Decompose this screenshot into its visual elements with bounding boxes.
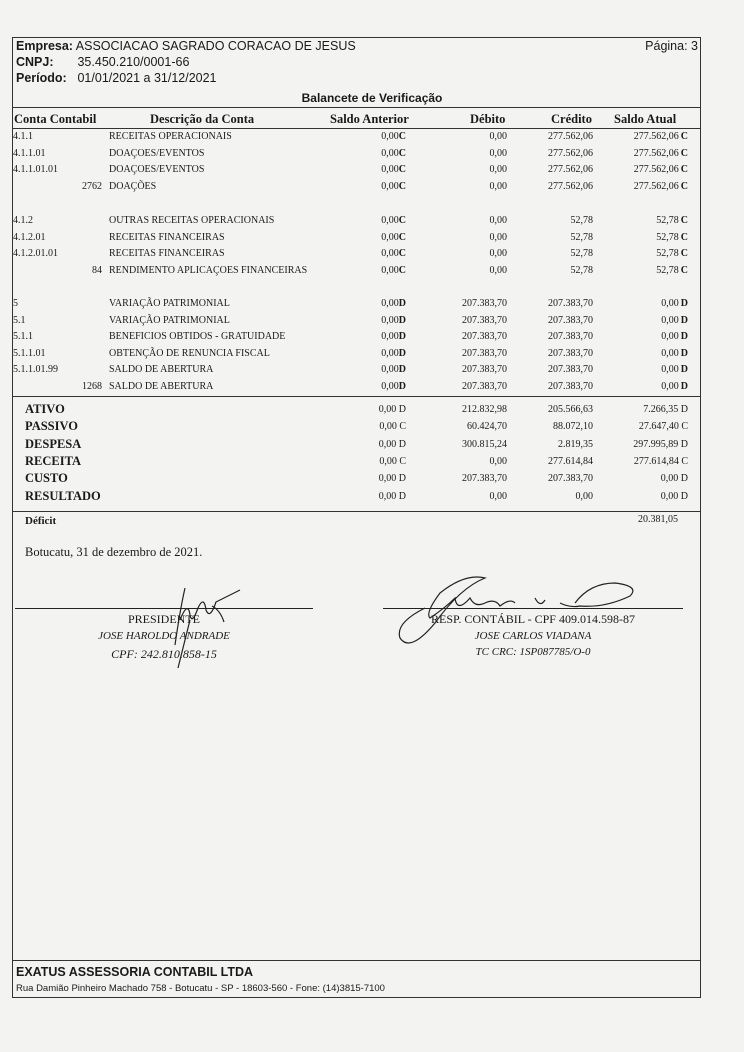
- table-row: 5.1.1BENEFICIOS OBTIDOS - GRATUIDADE207.…: [0, 331, 744, 347]
- saldo-anterior-amount: 0,00: [381, 215, 399, 226]
- cnpj-value: 35.450.210/0001-66: [77, 55, 189, 69]
- credito-value: 277.562,06: [548, 164, 593, 175]
- saldo-atual-dc: D: [681, 331, 688, 342]
- saldo-atual-value: 277.562,06C: [634, 148, 688, 159]
- credito-value: 207.383,70: [548, 381, 593, 392]
- saldo-anterior-value: 0,00C: [381, 248, 406, 259]
- reduced-code: 2762: [12, 181, 102, 192]
- saldo-atual-value: 0,00D: [661, 348, 688, 359]
- account-code: 5.1.1: [13, 331, 33, 342]
- saldo-atual-amount: 52,78: [656, 265, 679, 276]
- saldo-atual-value: 52,78C: [656, 248, 688, 259]
- saldo-anterior-dc: D: [399, 364, 406, 375]
- summary-saldo-atual: 27.647,40 C: [639, 421, 688, 432]
- footer-company: EXATUS ASSESSORIA CONTABIL LTDA: [16, 965, 253, 979]
- saldo-atual-dc: D: [681, 298, 688, 309]
- saldo-atual-amount: 52,78: [656, 232, 679, 243]
- summary-saldo-anterior: 0,00 C: [379, 421, 406, 432]
- saldo-anterior-amount: 0,00: [381, 248, 399, 259]
- table-row: 4.1.2.01RECEITAS FINANCEIRAS0,0052,780,0…: [0, 232, 744, 248]
- summary-label: ATIVO: [25, 402, 65, 417]
- summary-label: CUSTO: [25, 471, 68, 486]
- table-row: 4.1.2OUTRAS RECEITAS OPERACIONAIS0,0052,…: [0, 215, 744, 231]
- credito-value: 207.383,70: [548, 298, 593, 309]
- col-conta: Conta Contabil: [14, 112, 96, 127]
- saldo-atual-dc: C: [681, 148, 688, 159]
- pagina-label: Página:: [645, 39, 687, 53]
- saldo-anterior-amount: 0,00: [381, 265, 399, 276]
- saldo-anterior-dc: C: [399, 248, 406, 259]
- table-row: 5.1.1.01OBTENÇÃO DE RENUNCIA FISCAL207.3…: [0, 348, 744, 364]
- account-description: SALDO DE ABERTURA: [109, 381, 213, 392]
- debito-value: 0,00: [490, 265, 508, 276]
- city-date: Botucatu, 31 de dezembro de 2021.: [25, 545, 202, 560]
- reduced-code: 1268: [12, 381, 102, 392]
- saldo-anterior-amount: 0,00: [381, 148, 399, 159]
- account-code: 4.1.1.01: [13, 148, 46, 159]
- saldo-atual-value: 0,00D: [661, 315, 688, 326]
- table-row: 4.1.1.01DOAÇOES/EVENTOS0,00277.562,060,0…: [0, 148, 744, 164]
- debito-value: 207.383,70: [462, 348, 507, 359]
- account-description: DOAÇOES/EVENTOS: [109, 164, 204, 175]
- saldo-anterior-value: 0,00D: [381, 364, 406, 375]
- periodo-label: Período:: [16, 71, 74, 85]
- credito-value: 52,78: [571, 265, 594, 276]
- saldo-anterior-value: 0,00D: [381, 298, 406, 309]
- account-code: 4.1.1.01.01: [13, 164, 58, 175]
- account-description: RECEITAS FINANCEIRAS: [109, 248, 225, 259]
- summary-saldo-anterior: 0,00 D: [379, 491, 406, 502]
- credito-value: 207.383,70: [548, 331, 593, 342]
- summary-row: DESPESA0,00 D300.815,242.819,35297.995,8…: [0, 437, 744, 454]
- summary-row: CUSTO0,00 D207.383,70207.383,700,00 D: [0, 471, 744, 488]
- pagina-value: 3: [691, 39, 698, 53]
- summary-saldo-atual: 7.266,35 D: [643, 404, 688, 415]
- saldo-atual-dc: C: [681, 215, 688, 226]
- saldo-anterior-value: 0,00D: [381, 315, 406, 326]
- table-row: 5VARIAÇÃO PATRIMONIAL207.383,70207.383,7…: [0, 298, 744, 314]
- saldo-atual-value: 0,00D: [661, 381, 688, 392]
- account-description: RECEITAS FINANCEIRAS: [109, 232, 225, 243]
- saldo-anterior-dc: D: [399, 315, 406, 326]
- summary-label: PASSIVO: [25, 419, 78, 434]
- summary-credito: 207.383,70: [548, 473, 593, 484]
- summary-saldo-anterior: 0,00 C: [379, 456, 406, 467]
- debito-value: 0,00: [490, 164, 508, 175]
- saldo-atual-dc: D: [681, 315, 688, 326]
- summary-credito: 277.614,84: [548, 456, 593, 467]
- reduced-code: 84: [12, 265, 102, 276]
- col-descricao: Descrição da Conta: [150, 112, 254, 127]
- saldo-anterior-amount: 0,00: [381, 232, 399, 243]
- saldo-anterior-amount: 0,00: [381, 364, 399, 375]
- saldo-anterior-amount: 0,00: [381, 298, 399, 309]
- saldo-anterior-amount: 0,00: [381, 381, 399, 392]
- saldo-anterior-dc: C: [399, 181, 406, 192]
- debito-value: 207.383,70: [462, 381, 507, 392]
- periodo-value: 01/01/2021 a 31/12/2021: [77, 71, 216, 85]
- saldo-atual-amount: 0,00: [661, 315, 679, 326]
- summary-saldo-atual: 0,00 D: [661, 491, 688, 502]
- table-row: 4.1.1.01.01DOAÇOES/EVENTOS0,00277.562,06…: [0, 164, 744, 180]
- summary-credito: 2.819,35: [558, 439, 593, 450]
- summary-row: PASSIVO0,00 C60.424,7088.072,1027.647,40…: [0, 419, 744, 436]
- saldo-anterior-value: 0,00C: [381, 181, 406, 192]
- saldo-atual-amount: 52,78: [656, 215, 679, 226]
- col-debito: Débito: [470, 112, 505, 127]
- empresa-line: Empresa: ASSOCIACAO SAGRADO CORACAO DE J…: [16, 39, 356, 53]
- saldo-atual-value: 277.562,06C: [634, 131, 688, 142]
- credito-value: 277.562,06: [548, 148, 593, 159]
- debito-value: 0,00: [490, 131, 508, 142]
- summary-credito: 205.566,63: [548, 404, 593, 415]
- debito-value: 0,00: [490, 215, 508, 226]
- credito-value: 207.383,70: [548, 364, 593, 375]
- saldo-anterior-amount: 0,00: [381, 348, 399, 359]
- account-description: VARIAÇÃO PATRIMONIAL: [109, 298, 230, 309]
- credito-value: 52,78: [571, 248, 594, 259]
- col-credito: Crédito: [551, 112, 592, 127]
- saldo-anterior-amount: 0,00: [381, 181, 399, 192]
- saldo-anterior-amount: 0,00: [381, 131, 399, 142]
- account-code: 4.1.1: [13, 131, 33, 142]
- signature-scribble-right: [385, 568, 645, 648]
- table-row: 2762DOAÇÕES0,00277.562,060,00C277.562,06…: [0, 181, 744, 197]
- table-row: 4.1.1RECEITAS OPERACIONAIS0,00277.562,06…: [0, 131, 744, 147]
- saldo-anterior-dc: C: [399, 265, 406, 276]
- saldo-anterior-amount: 0,00: [381, 331, 399, 342]
- col-saldo-atual: Saldo Atual: [614, 112, 676, 127]
- account-description: VARIAÇÃO PATRIMONIAL: [109, 315, 230, 326]
- cnpj-label: CNPJ:: [16, 55, 74, 69]
- saldo-anterior-value: 0,00C: [381, 148, 406, 159]
- saldo-atual-amount: 277.562,06: [634, 164, 679, 175]
- saldo-anterior-dc: D: [399, 348, 406, 359]
- debito-value: 207.383,70: [462, 298, 507, 309]
- footer-divider: [12, 960, 701, 961]
- debito-value: 207.383,70: [462, 364, 507, 375]
- summary-debito: 207.383,70: [462, 473, 507, 484]
- empresa-value: ASSOCIACAO SAGRADO CORACAO DE JESUS: [76, 39, 356, 53]
- saldo-anterior-amount: 0,00: [381, 315, 399, 326]
- saldo-atual-dc: C: [681, 181, 688, 192]
- footer-address: Rua Damião Pinheiro Machado 758 - Botuca…: [16, 983, 385, 994]
- summary-saldo-atual: 0,00 D: [661, 473, 688, 484]
- saldo-anterior-value: 0,00D: [381, 348, 406, 359]
- summary-credito: 88.072,10: [553, 421, 593, 432]
- saldo-anterior-dc: C: [399, 164, 406, 175]
- account-description: SALDO DE ABERTURA: [109, 364, 213, 375]
- saldo-atual-value: 277.562,06C: [634, 181, 688, 192]
- balancete-page: Empresa: ASSOCIACAO SAGRADO CORACAO DE J…: [0, 0, 744, 1052]
- saldo-atual-dc: C: [681, 232, 688, 243]
- saldo-anterior-value: 0,00C: [381, 265, 406, 276]
- table-row: 84RENDIMENTO APLICAÇOES FINANCEIRAS0,005…: [0, 265, 744, 281]
- credito-value: 207.383,70: [548, 315, 593, 326]
- saldo-atual-amount: 0,00: [661, 331, 679, 342]
- summary-saldo-anterior: 0,00 D: [379, 404, 406, 415]
- saldo-anterior-dc: C: [399, 148, 406, 159]
- saldo-atual-dc: D: [681, 348, 688, 359]
- saldo-anterior-dc: C: [399, 131, 406, 142]
- saldo-atual-value: 52,78C: [656, 265, 688, 276]
- saldo-atual-amount: 277.562,06: [634, 181, 679, 192]
- saldo-anterior-dc: D: [399, 331, 406, 342]
- debito-value: 0,00: [490, 232, 508, 243]
- saldo-anterior-value: 0,00C: [381, 232, 406, 243]
- summary-credito: 0,00: [576, 491, 594, 502]
- saldo-atual-amount: 52,78: [656, 248, 679, 259]
- saldo-atual-amount: 277.562,06: [634, 131, 679, 142]
- account-description: BENEFICIOS OBTIDOS - GRATUIDADE: [109, 331, 285, 342]
- saldo-atual-dc: C: [681, 248, 688, 259]
- debito-value: 207.383,70: [462, 331, 507, 342]
- table-row: 4.1.2.01.01RECEITAS FINANCEIRAS0,0052,78…: [0, 248, 744, 264]
- saldo-atual-value: 0,00D: [661, 364, 688, 375]
- saldo-atual-dc: C: [681, 265, 688, 276]
- account-description: OUTRAS RECEITAS OPERACIONAIS: [109, 215, 274, 226]
- account-description: RENDIMENTO APLICAÇOES FINANCEIRAS: [109, 265, 307, 276]
- saldo-atual-amount: 0,00: [661, 298, 679, 309]
- debito-value: 0,00: [490, 148, 508, 159]
- account-description: DOAÇÕES: [109, 181, 156, 192]
- saldo-atual-value: 52,78C: [656, 232, 688, 243]
- saldo-atual-value: 52,78C: [656, 215, 688, 226]
- credito-value: 52,78: [571, 215, 594, 226]
- summary-row: ATIVO0,00 D212.832,98205.566,637.266,35 …: [0, 402, 744, 419]
- saldo-anterior-dc: D: [399, 381, 406, 392]
- summary-label: RESULTADO: [25, 489, 101, 504]
- colhead-divider: [12, 128, 701, 129]
- saldo-atual-value: 0,00D: [661, 298, 688, 309]
- summary-debito: 300.815,24: [462, 439, 507, 450]
- summary-label: DESPESA: [25, 437, 81, 452]
- rows-divider: [12, 396, 701, 397]
- periodo-line: Período: 01/01/2021 a 31/12/2021: [16, 71, 217, 85]
- account-description: RECEITAS OPERACIONAIS: [109, 131, 232, 142]
- debito-value: 0,00: [490, 248, 508, 259]
- saldo-anterior-dc: D: [399, 298, 406, 309]
- saldo-atual-dc: C: [681, 164, 688, 175]
- summary-divider: [12, 511, 701, 512]
- deficit-label: Déficit: [25, 515, 56, 527]
- account-code: 4.1.2.01: [13, 232, 46, 243]
- saldo-atual-amount: 0,00: [661, 381, 679, 392]
- account-code: 4.1.2.01.01: [13, 248, 58, 259]
- credito-value: 277.562,06: [548, 131, 593, 142]
- account-code: 5: [13, 298, 18, 309]
- summary-row: RECEITA0,00 C0,00277.614,84277.614,84 C: [0, 454, 744, 471]
- saldo-anterior-value: 0,00D: [381, 381, 406, 392]
- saldo-atual-value: 0,00D: [661, 331, 688, 342]
- saldo-atual-amount: 277.562,06: [634, 148, 679, 159]
- saldo-anterior-amount: 0,00: [381, 164, 399, 175]
- account-description: OBTENÇÃO DE RENUNCIA FISCAL: [109, 348, 270, 359]
- saldo-anterior-value: 0,00C: [381, 215, 406, 226]
- account-code: 4.1.2: [13, 215, 33, 226]
- saldo-atual-dc: D: [681, 364, 688, 375]
- account-description: DOAÇOES/EVENTOS: [109, 148, 204, 159]
- summary-debito: 212.832,98: [462, 404, 507, 415]
- page-number: Página: 3: [645, 39, 698, 53]
- table-row: 5.1.1.01.99SALDO DE ABERTURA207.383,7020…: [0, 364, 744, 380]
- account-code: 5.1: [13, 315, 26, 326]
- summary-label: RECEITA: [25, 454, 81, 469]
- table-row: 5.1VARIAÇÃO PATRIMONIAL207.383,70207.383…: [0, 315, 744, 331]
- report-title: Balancete de Verificação: [0, 91, 744, 105]
- col-saldo-anterior: Saldo Anterior: [330, 112, 409, 127]
- header-divider: [12, 107, 701, 108]
- summary-saldo-atual: 297.995,89 D: [633, 439, 688, 450]
- saldo-atual-dc: C: [681, 131, 688, 142]
- saldo-atual-amount: 0,00: [661, 364, 679, 375]
- saldo-anterior-dc: C: [399, 232, 406, 243]
- debito-value: 0,00: [490, 181, 508, 192]
- saldo-anterior-value: 0,00D: [381, 331, 406, 342]
- summary-debito: 0,00: [490, 491, 508, 502]
- debito-value: 207.383,70: [462, 315, 507, 326]
- saldo-anterior-dc: C: [399, 215, 406, 226]
- empresa-label: Empresa:: [16, 39, 73, 53]
- saldo-atual-value: 277.562,06C: [634, 164, 688, 175]
- summary-saldo-anterior: 0,00 D: [379, 439, 406, 450]
- saldo-anterior-value: 0,00C: [381, 164, 406, 175]
- saldo-atual-dc: D: [681, 381, 688, 392]
- deficit-value: 20.381,05: [638, 514, 678, 525]
- table-row: 1268SALDO DE ABERTURA207.383,70207.383,7…: [0, 381, 744, 397]
- credito-value: 207.383,70: [548, 348, 593, 359]
- summary-saldo-anterior: 0,00 D: [379, 473, 406, 484]
- summary-row: RESULTADO0,00 D0,000,000,00 D: [0, 489, 744, 506]
- saldo-anterior-value: 0,00C: [381, 131, 406, 142]
- account-code: 5.1.1.01.99: [13, 364, 58, 375]
- account-code: 5.1.1.01: [13, 348, 46, 359]
- saldo-atual-amount: 0,00: [661, 348, 679, 359]
- signature-scribble-left: [120, 580, 240, 670]
- summary-debito: 60.424,70: [467, 421, 507, 432]
- summary-debito: 0,00: [490, 456, 508, 467]
- summary-saldo-atual: 277.614,84 C: [634, 456, 688, 467]
- credito-value: 52,78: [571, 232, 594, 243]
- credito-value: 277.562,06: [548, 181, 593, 192]
- cnpj-line: CNPJ: 35.450.210/0001-66: [16, 55, 189, 69]
